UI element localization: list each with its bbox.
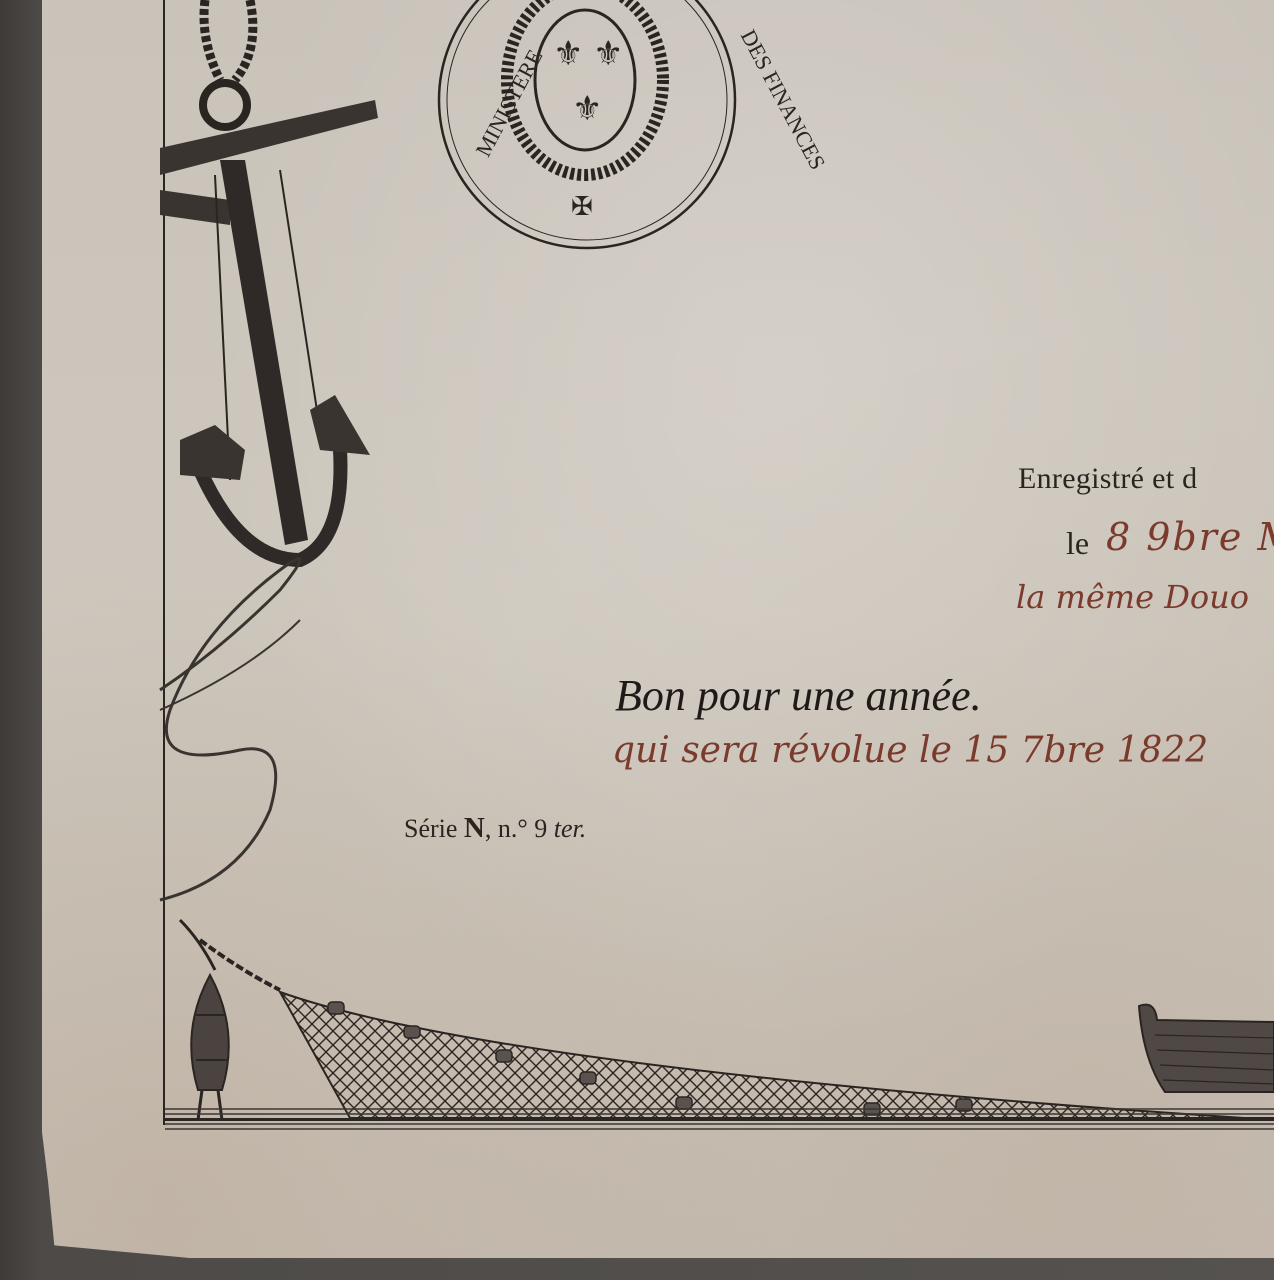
anchor-icon (160, 0, 390, 600)
serial-number: Série N, n.° 9 ter. (404, 812, 586, 845)
validity-handwritten-text: qui sera révolue le 15 7bre 1822 (612, 730, 1208, 771)
registration-date-prefix: le (1066, 525, 1089, 562)
svg-text:⚜: ⚜ (572, 89, 602, 129)
serial-prefix: Série (404, 814, 457, 843)
rope-icon (160, 550, 320, 910)
svg-text:✠: ✠ (571, 192, 593, 222)
fishing-net-icon (200, 940, 1274, 1130)
registration-label: Enregistré et d (1018, 462, 1197, 496)
royal-seal-icon: ⚜ ⚜ ⚜ ✠ MINISTERE DES FINANCES (435, 0, 740, 255)
validity-printed-text: Bon pour une année. (615, 670, 982, 721)
handwritten-registration-date: 8 9bre M (1106, 515, 1274, 559)
serial-number-label: , n.° (485, 814, 528, 843)
serial-number-value: 9 (534, 814, 547, 843)
engraved-frame-bottom (163, 1118, 1274, 1121)
svg-text:⚜: ⚜ (553, 34, 583, 74)
handwritten-registration-line2: la même Douo (1016, 578, 1249, 616)
rowboat-icon (1135, 1000, 1274, 1100)
serial-suffix: ter. (554, 814, 587, 843)
svg-text:⚜: ⚜ (593, 34, 623, 74)
serial-series-letter: N (464, 812, 485, 844)
